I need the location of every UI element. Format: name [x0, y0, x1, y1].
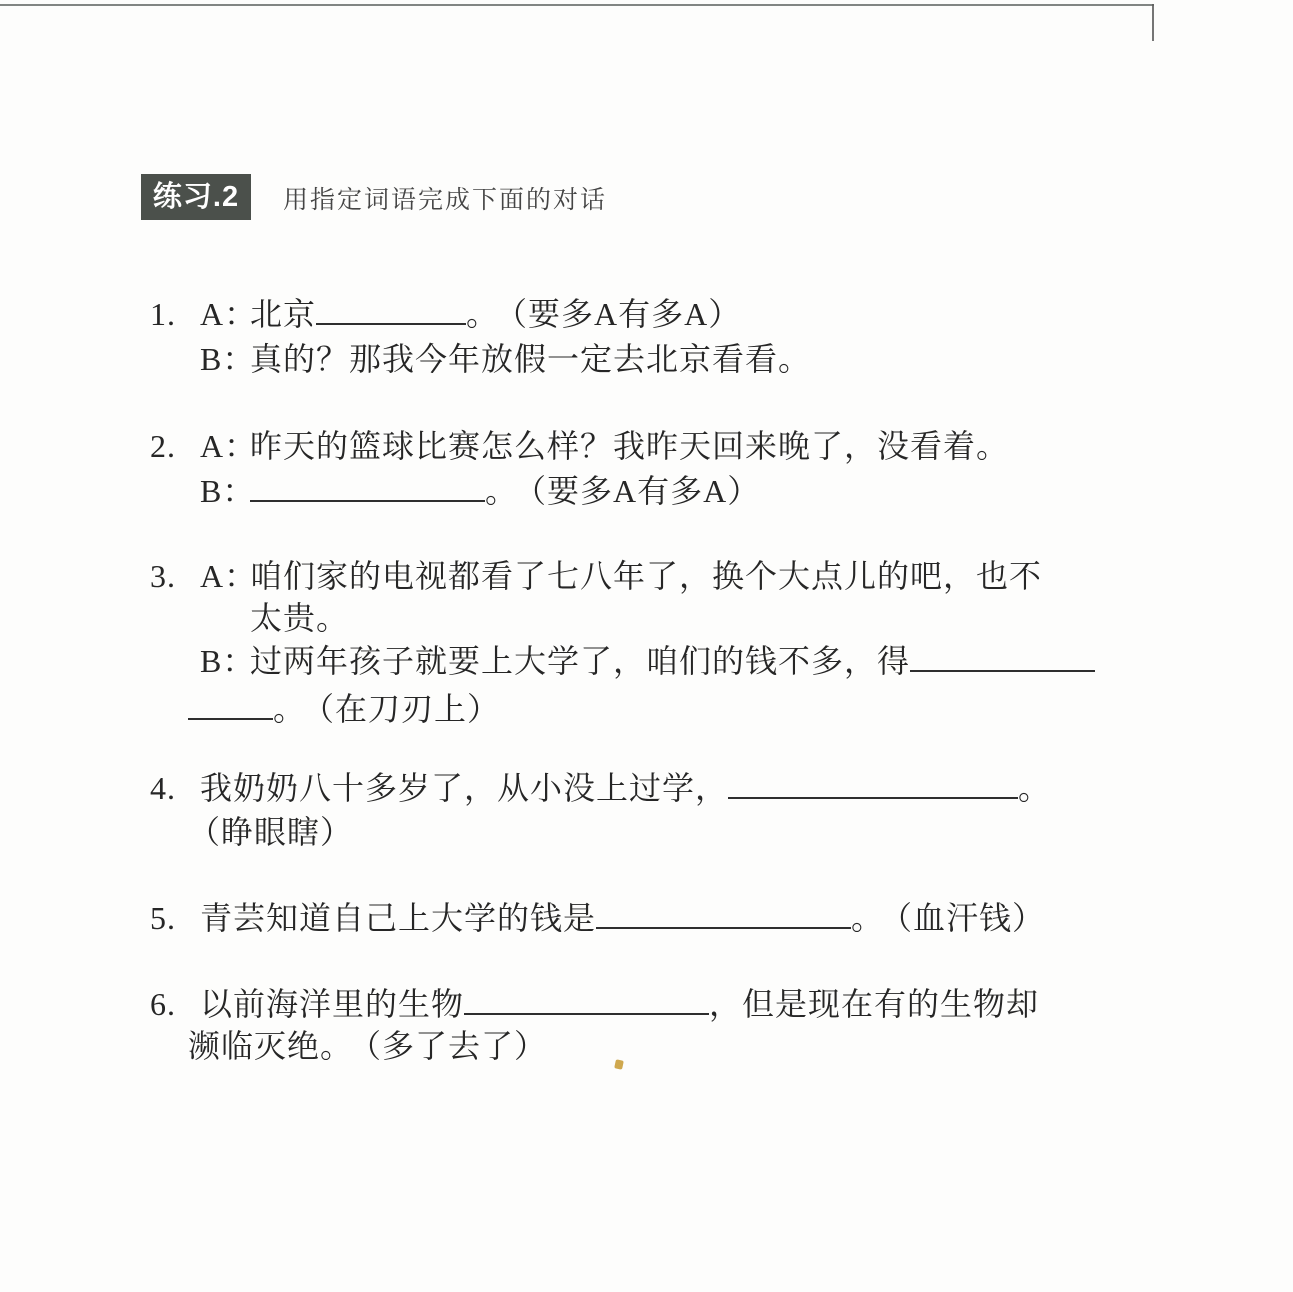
answer-blank — [188, 708, 273, 720]
exercise-line: 6.以前海洋里的生物，但是现在有的生物却 — [150, 982, 1039, 1026]
scan-edge-line — [0, 4, 1154, 6]
exercise-line: 3.A：咱们家的电视都看了七八年了，换个大点儿的吧，也不 — [150, 554, 1042, 598]
item-number: 4. — [150, 766, 200, 810]
dialogue-text: 濒临灭绝。 — [188, 1028, 353, 1064]
speaker-label: B： — [200, 469, 250, 513]
item-number: 3. — [150, 554, 200, 598]
dialogue-text: 以前海洋里的生物 — [200, 986, 464, 1022]
hint-word: （多了去了） — [365, 1028, 547, 1064]
scan-edge-corner — [1152, 4, 1154, 41]
exercise-line: （睁眼瞎） — [188, 810, 353, 854]
dialogue-text: 我奶奶八十多岁了，从小没上过学， — [200, 770, 728, 806]
exercise-line: 太贵。 — [250, 596, 349, 640]
dialogue-text: 。 — [1018, 770, 1051, 806]
exercise-badge: 练习.2 — [141, 174, 251, 220]
item-number: 2. — [150, 424, 200, 468]
speaker-label: B： — [200, 337, 250, 381]
hint-word: （在刀刃上） — [318, 691, 500, 727]
speaker-label: B： — [200, 639, 250, 683]
dialogue-text: 太贵。 — [250, 600, 349, 636]
speaker-label: A： — [200, 292, 250, 336]
exercise-line: 4.我奶奶八十多岁了，从小没上过学，。 — [150, 766, 1051, 810]
answer-blank — [596, 917, 851, 929]
dialogue-text: 咱们家的电视都看了七八年了，换个大点儿的吧，也不 — [250, 558, 1042, 594]
exercise-line: 5.青芸知道自己上大学的钱是。（血汗钱） — [150, 896, 1045, 940]
answer-blank — [728, 787, 1018, 799]
item-number: 1. — [150, 292, 200, 336]
hint-word: （血汗钱） — [896, 900, 1045, 936]
exercise-line: B：过两年孩子就要上大学了，咱们的钱不多，得 — [150, 639, 1095, 683]
answer-blank — [464, 1003, 709, 1015]
dialogue-text: ，但是现在有的生物却 — [709, 986, 1039, 1022]
speaker-label: A： — [200, 554, 250, 598]
dialogue-text: 过两年孩子就要上大学了，咱们的钱不多，得 — [250, 643, 910, 679]
hint-word: （要多A有多A） — [530, 473, 760, 509]
dialogue-text: 青芸知道自己上大学的钱是 — [200, 900, 596, 936]
scanned-textbook-page: 练习.2 用指定词语完成下面的对话 1.A：北京。（要多A有多A） B：真的？那… — [0, 0, 1293, 1292]
dialogue-text: 。 — [273, 691, 306, 727]
exercise-instruction: 用指定词语完成下面的对话 — [283, 180, 607, 216]
hint-word: （睁眼瞎） — [188, 814, 353, 850]
dialogue-text: 。 — [466, 296, 499, 332]
scan-speck — [614, 1059, 624, 1069]
exercise-line: 1.A：北京。（要多A有多A） — [150, 292, 741, 336]
exercise-line: B：。（要多A有多A） — [200, 469, 760, 513]
dialogue-text: 昨天的篮球比赛怎么样？我昨天回来晚了，没看着。 — [250, 428, 1009, 464]
item-number: 5. — [150, 896, 200, 940]
answer-blank — [316, 313, 466, 325]
dialogue-text: 。 — [851, 900, 884, 936]
hint-word: （要多A有多A） — [511, 296, 741, 332]
answer-blank — [910, 660, 1095, 672]
exercise-line: 2.A：昨天的篮球比赛怎么样？我昨天回来晚了，没看着。 — [150, 424, 1009, 468]
exercise-line: 。（在刀刃上） — [188, 687, 500, 731]
answer-blank — [250, 490, 485, 502]
exercise-line: B：真的？那我今年放假一定去北京看看。 — [200, 337, 811, 381]
dialogue-text: 真的？那我今年放假一定去北京看看。 — [250, 341, 811, 377]
item-number: 6. — [150, 982, 200, 1026]
dialogue-text: 。 — [485, 473, 518, 509]
exercise-line: 濒临灭绝。（多了去了） — [188, 1024, 547, 1068]
speaker-label: A： — [200, 424, 250, 468]
dialogue-text: 北京 — [250, 296, 316, 332]
